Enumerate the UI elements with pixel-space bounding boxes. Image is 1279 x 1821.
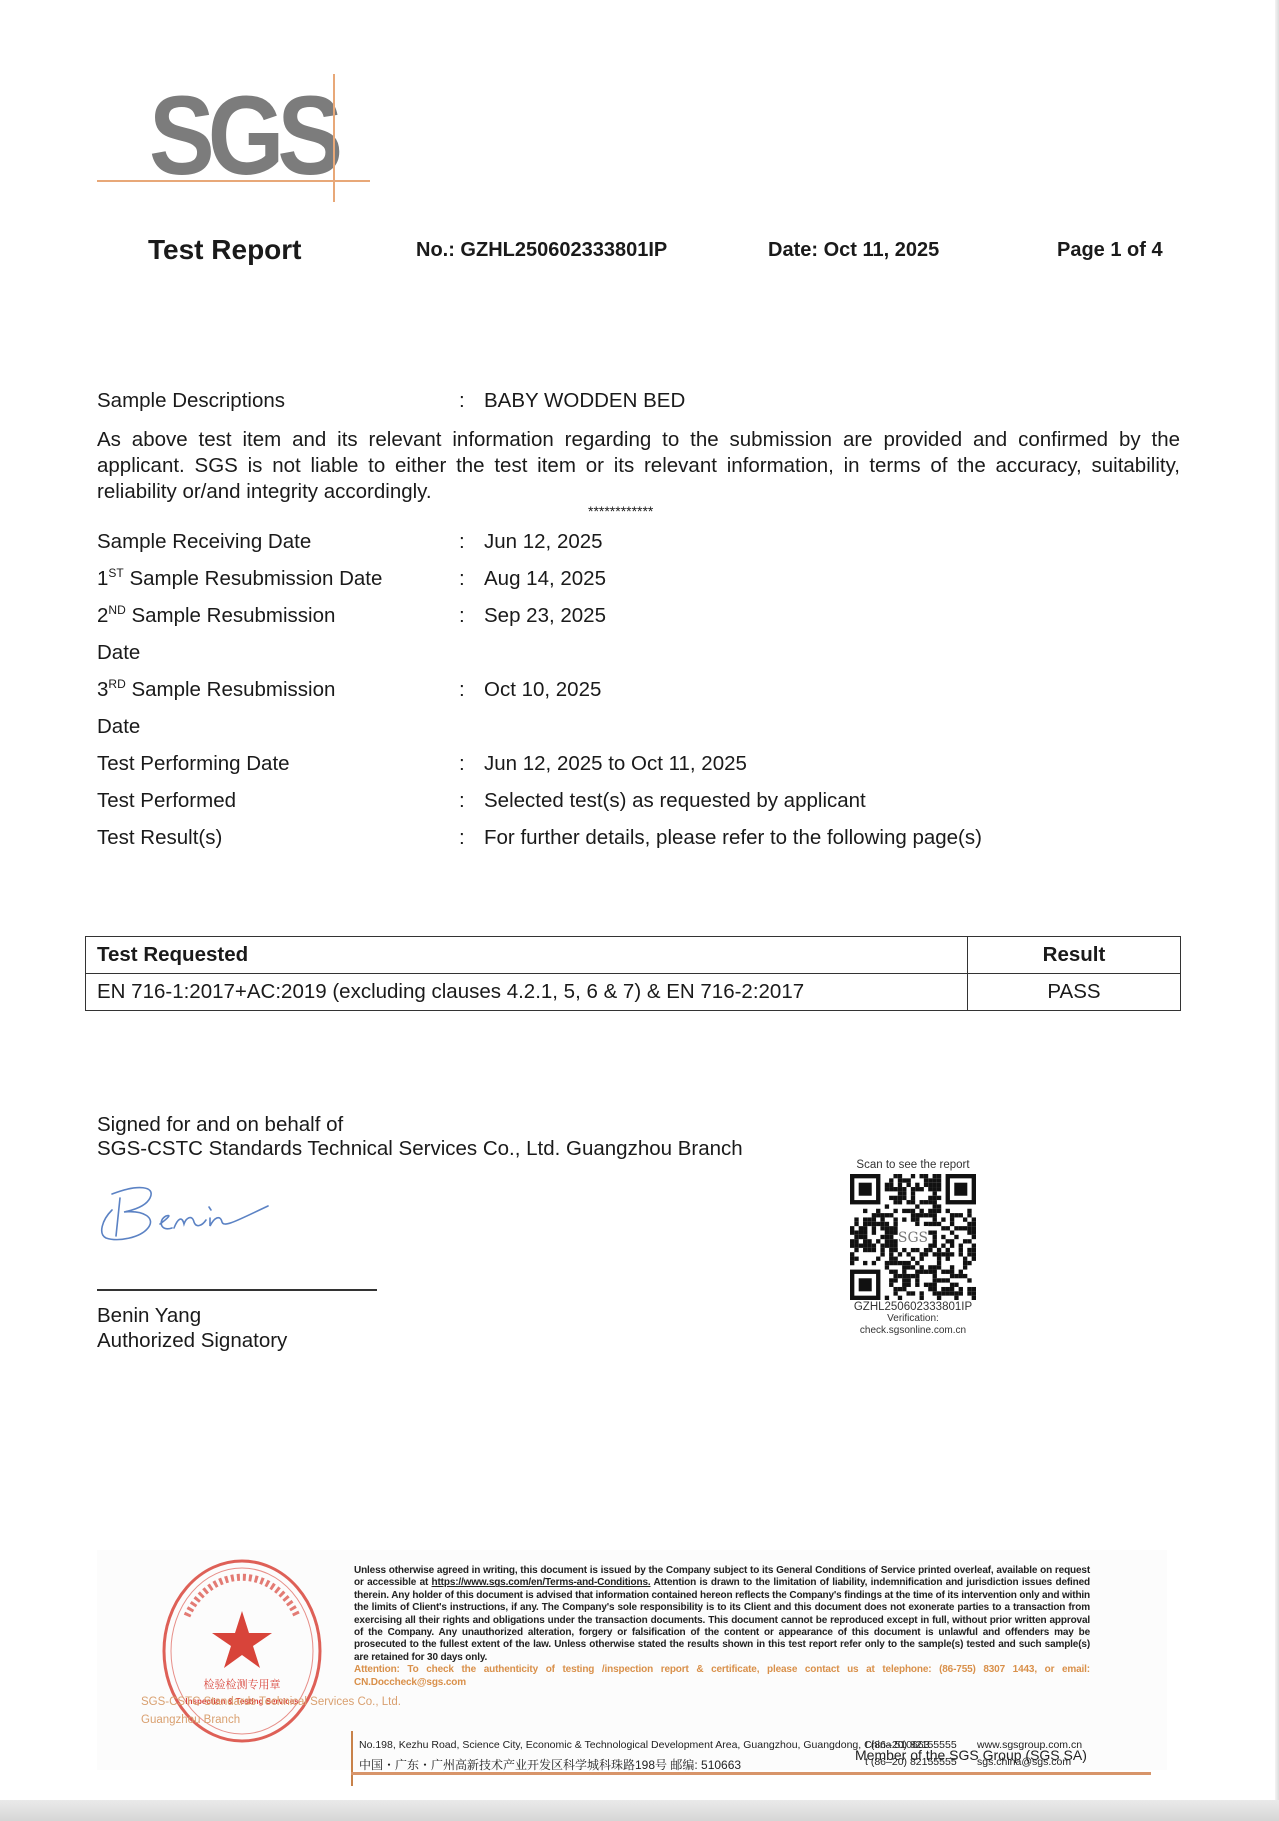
viewer-bottom-band [0, 1800, 1279, 1821]
signed-for-text: Signed for and on behalf of [97, 1113, 343, 1137]
field-label-resubmission-3: 3RD Sample Resubmission [97, 678, 335, 702]
ordinal-suffix: RD [108, 677, 125, 691]
signatory-name: Benin Yang [97, 1304, 201, 1328]
address-divider [351, 1731, 353, 1786]
member-notice: Member of the SGS Group (SGS SA) [855, 1747, 1087, 1763]
page-edge [1275, 0, 1279, 1800]
legal-footer: 检验检测专用章 Inspection & Testing Services SG… [97, 1550, 1167, 1770]
field-label-receiving-date: Sample Receiving Date [97, 530, 311, 554]
colon: : [459, 389, 465, 413]
verification-label: Verification: [846, 1313, 980, 1325]
report-header: Test Report No.: GZHL250602333801IP Date… [0, 236, 1279, 266]
colon: : [459, 789, 465, 813]
svg-text:SGS: SGS [898, 1230, 928, 1246]
qr-report-code: GZHL250602333801IP [846, 1301, 980, 1313]
signatory-title: Authorized Signatory [97, 1329, 287, 1353]
ordinal: 2 [97, 604, 108, 627]
svg-text:检验检测专用章: 检验检测专用章 [204, 1677, 281, 1691]
field-value-receiving-date: Jun 12, 2025 [484, 530, 603, 554]
signing-company: SGS-CSTC Standards Technical Services Co… [97, 1137, 743, 1161]
authenticity-notice: Attention: To check the authenticity of … [354, 1664, 1090, 1689]
field-value-test-performed: Selected test(s) as requested by applica… [484, 789, 866, 813]
report-date: Date: Oct 11, 2025 [768, 239, 939, 262]
column-header-test: Test Requested [86, 937, 968, 974]
disclaimer-paragraph: As above test item and its relevant info… [97, 427, 1180, 505]
sample-description-label: Sample Descriptions [97, 389, 285, 413]
field-value-test-results: For further details, please refer to the… [484, 826, 982, 850]
qr-caption: Scan to see the report [846, 1159, 980, 1171]
colon: : [459, 567, 465, 591]
cell-test-requested: EN 716-1:2017+AC:2019 (excluding clauses… [86, 974, 968, 1011]
report-number: No.: GZHL250602333801IP [416, 239, 667, 262]
column-header-result: Result [968, 937, 1181, 974]
qr-verification-block: Scan to see the report SGS GZHL250602333… [846, 1159, 980, 1337]
colon: : [459, 604, 465, 628]
ordinal: 3 [97, 678, 108, 701]
colon: : [459, 678, 465, 702]
verification-site[interactable]: check.sgsonline.com.cn [846, 1325, 980, 1337]
field-label-resubmission-2-cont: Date [97, 641, 140, 665]
label-text: Sample Resubmission Date [124, 567, 383, 590]
cell-result: PASS [968, 974, 1181, 1011]
label-text: Sample Resubmission [126, 678, 336, 701]
logo-vertical-rule [333, 74, 335, 202]
colon: : [459, 826, 465, 850]
field-label-resubmission-3-cont: Date [97, 715, 140, 739]
logo-text: SGS [149, 80, 336, 192]
table-header-row: Test Requested Result [86, 937, 1181, 974]
signature-line [97, 1289, 377, 1291]
logo-horizontal-rule [97, 180, 370, 182]
ordinal-suffix: ST [108, 566, 123, 580]
field-value-resubmission-1: Aug 14, 2025 [484, 567, 606, 591]
field-label-test-performed: Test Performed [97, 789, 236, 813]
ordinal-suffix: ND [108, 603, 125, 617]
page-indicator: Page 1 of 4 [1057, 239, 1163, 262]
address-en: No.198, Kezhu Road, Science City, Econom… [359, 1739, 929, 1751]
separator-stars: ************ [588, 503, 653, 519]
footer-rule [351, 1772, 1151, 1775]
colon: : [459, 530, 465, 554]
field-label-test-results: Test Result(s) [97, 826, 222, 850]
sgs-logo: SGS [97, 74, 370, 202]
sample-description-value: BABY WODDEN BED [484, 389, 685, 413]
table-row: EN 716-1:2017+AC:2019 (excluding clauses… [86, 974, 1181, 1011]
seal-company-line-2: Guangzhou Branch [141, 1711, 401, 1729]
handwritten-signature [98, 1180, 298, 1252]
report-title: Test Report [148, 234, 302, 266]
seal-company-line-1: SGS-CSTC Standards Technical Services Co… [141, 1693, 401, 1711]
ordinal: 1 [97, 567, 108, 590]
label-text: Sample Resubmission [126, 604, 336, 627]
field-label-resubmission-1: 1ST Sample Resubmission Date [97, 567, 382, 591]
field-value-performing-date: Jun 12, 2025 to Oct 11, 2025 [484, 752, 747, 776]
legal-text: Unless otherwise agreed in writing, this… [354, 1565, 1090, 1689]
results-table: Test Requested Result EN 716-1:2017+AC:2… [85, 936, 1181, 1011]
field-label-resubmission-2: 2ND Sample Resubmission [97, 604, 335, 628]
colon: : [459, 752, 465, 776]
terms-link[interactable]: https://www.sgs.com/en/Terms-and-Conditi… [432, 1577, 651, 1588]
field-value-resubmission-2: Sep 23, 2025 [484, 604, 606, 628]
seal-company-text: SGS-CSTC Standards Technical Services Co… [141, 1693, 401, 1729]
address-cn: 中国・广东・广州高新技术产业开发区科学城科珠路198号 邮编: 510663 [359, 1756, 741, 1773]
field-value-resubmission-3: Oct 10, 2025 [484, 678, 601, 702]
qr-code-icon[interactable]: SGS [850, 1174, 976, 1300]
legal-text-part-2: Attention is drawn to the limitation of … [354, 1577, 1090, 1662]
field-label-performing-date: Test Performing Date [97, 752, 290, 776]
